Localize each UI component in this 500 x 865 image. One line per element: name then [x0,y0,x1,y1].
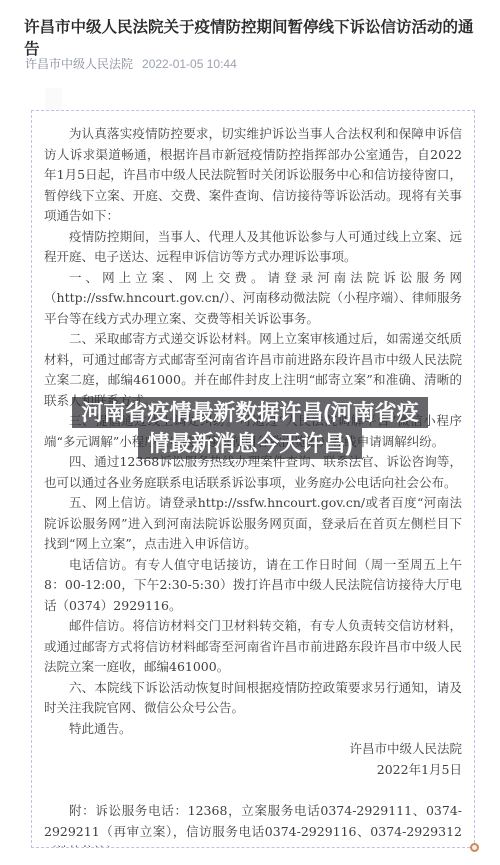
notice-body: 为认真落实疫情防控要求，切实维护诉讼当事人合法权利和保障申诉信访人诉求渠道畅通，… [31,110,475,848]
paragraph-phone-petition: 电话信访。有专人值守电话接访，请在工作日时间（周一至周五上午8：00-12:00… [44,555,462,617]
publish-timestamp: 2022-01-05 10:44 [142,57,237,71]
byline: 许昌市中级人民法院 2022-01-05 10:44 [25,55,237,72]
paragraph-closing: 特此通告。 [44,719,462,740]
paragraph-item-6: 六、本院线下诉讼活动恢复时间根据疫情防控政策要求另行通知，请及时关注我院官网、微… [44,678,462,719]
paragraph-overview: 疫情防控期间，当事人、代理人及其他诉讼参与人可通过线上立案、远程开庭、电子送达、… [44,227,462,268]
paragraph-item-1: 一、网上立案、网上交费。请登录河南法院诉讼服务网（http://ssfw.hnc… [44,268,462,330]
page-title: 许昌市中级人民法院关于疫情防控期间暂停线下诉讼信访活动的通告 [24,17,480,60]
source-account-link[interactable]: 许昌市中级人民法院 [25,55,133,72]
faint-placeholder-blob [45,88,62,111]
selection-corner-handle-icon[interactable] [470,843,479,852]
signature-block: 许昌市中级人民法院 2022年1月5日 [44,739,462,780]
paragraph-intro: 为认真落实疫情防控要求，切实维护诉讼当事人合法权利和保障申诉信访人诉求渠道畅通，… [44,124,462,227]
paragraph-item-4: 四、通过12368诉讼服务热线办理案件查询、联系法官、诉讼咨询等，也可以通过各业… [44,452,462,493]
paragraph-item-2: 二、采取邮寄方式递交诉讼材料。网上立案审核通过后，如需递交纸质材料，可通过邮寄方… [44,329,462,411]
paragraph-item-3: 三、提倡通过线上调处纠纷。可通过“人民法院调解平台”微信小程序端“多元调解”小程… [44,411,462,452]
paragraph-item-5: 五、网上信访。请登录http://ssfw.hncourt.gov.cn/或者百… [44,493,462,555]
paragraph-attachment-phones: 附：诉讼服务电话：12368，立案服务电话0374-2929111、0374-2… [44,801,462,848]
signature-date: 2022年1月5日 [44,760,462,781]
signature-org: 许昌市中级人民法院 [44,739,462,760]
paragraph-mail-petition: 邮件信访。将信访材料交门卫材料转交箱，有专人负责转交信访材料，或通过邮寄方式将信… [44,616,462,678]
